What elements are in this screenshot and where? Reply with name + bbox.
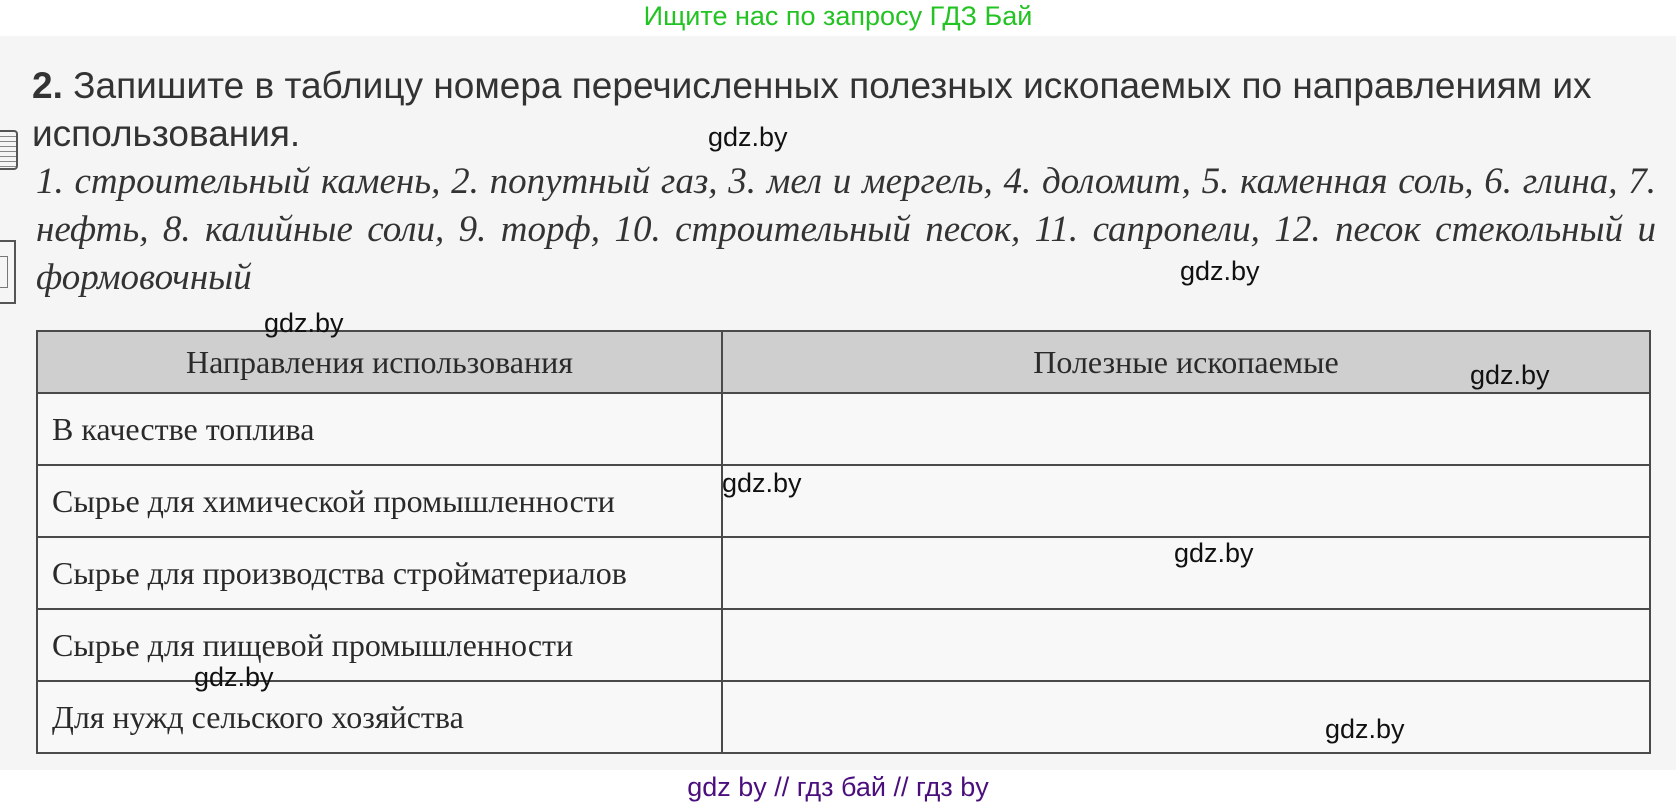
row-direction: Сырье для пищевой промышленности xyxy=(37,609,722,681)
table-row: В качестве топлива xyxy=(37,393,1650,465)
task-text: Запишите в таблицу номера перечисленных … xyxy=(32,65,1592,154)
watermark: gdz.by xyxy=(1325,714,1405,745)
table-row: Для нужд сельского хозяйства xyxy=(37,681,1650,753)
watermark: gdz.by xyxy=(708,122,788,153)
watermark: gdz.by xyxy=(194,662,274,693)
row-direction: Сырье для производства стройматериалов xyxy=(37,537,722,609)
watermark: gdz.by xyxy=(1180,256,1260,287)
row-direction: Сырье для химической промышленности xyxy=(37,465,722,537)
row-direction: В качестве топлива xyxy=(37,393,722,465)
watermark: gdz.by xyxy=(1174,538,1254,569)
books-stack-icon xyxy=(0,130,18,170)
top-banner: Ищите нас по запросу ГДЗ Бай xyxy=(0,0,1676,36)
table-header-row: Направления использования Полезные ископ… xyxy=(37,331,1650,393)
watermark: gdz.by xyxy=(264,308,344,339)
minerals-list: 1. строительный камень, 2. попутный газ,… xyxy=(36,158,1656,302)
row-minerals-cell[interactable] xyxy=(722,681,1650,753)
table-row: Сырье для производства стройматериалов xyxy=(37,537,1650,609)
bottom-banner: gdz by // гдз бай // гдз by xyxy=(0,770,1676,806)
table-row: Сырье для пищевой промышленности xyxy=(37,609,1650,681)
row-minerals-cell[interactable] xyxy=(722,609,1650,681)
table-row: Сырье для химической промышленности xyxy=(37,465,1650,537)
row-direction: Для нужд сельского хозяйства xyxy=(37,681,722,753)
task-number: 2. xyxy=(32,65,63,106)
watermark: gdz.by xyxy=(722,468,802,499)
task-heading: 2. Запишите в таблицу номера перечисленн… xyxy=(32,62,1652,158)
row-minerals-cell[interactable] xyxy=(722,393,1650,465)
answer-table: Направления использования Полезные ископ… xyxy=(36,330,1651,754)
watermark: gdz.by xyxy=(1470,360,1550,391)
header-directions: Направления использования xyxy=(37,331,722,393)
open-book-icon xyxy=(0,240,16,304)
row-minerals-cell[interactable] xyxy=(722,465,1650,537)
